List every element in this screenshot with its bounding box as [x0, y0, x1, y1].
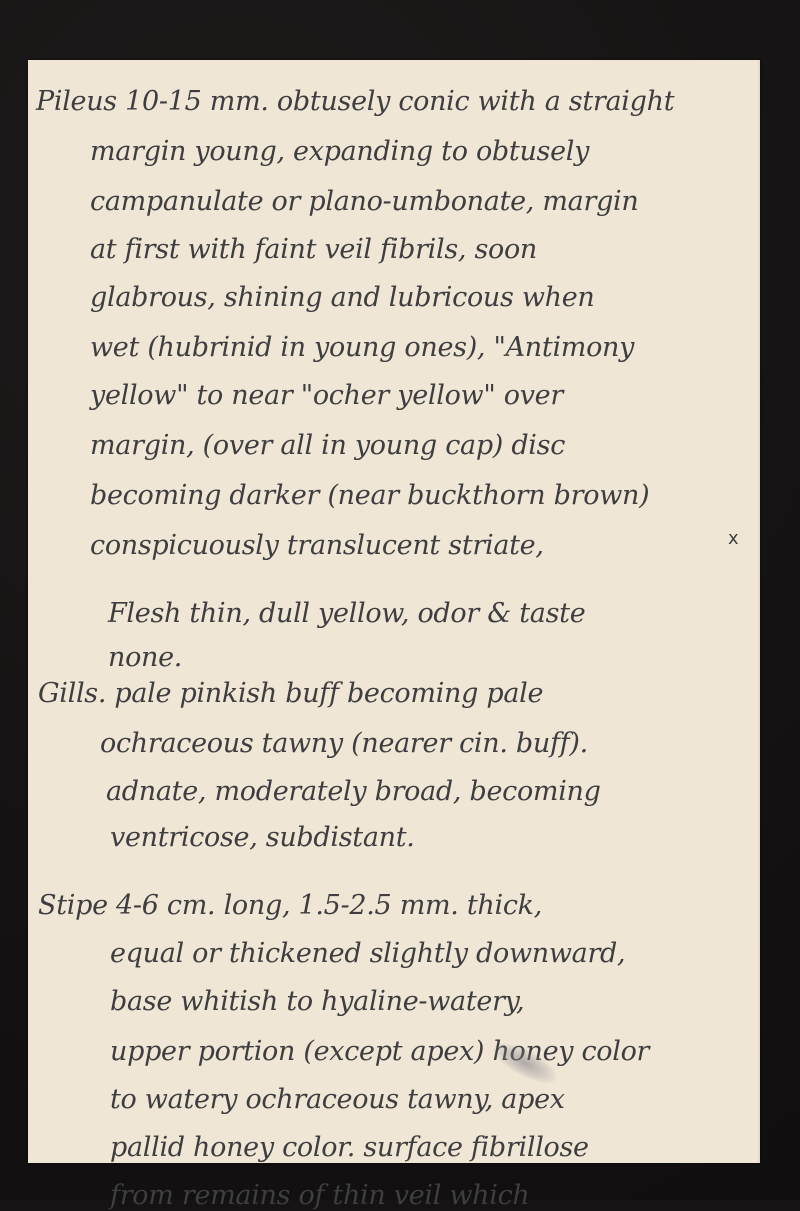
stipe-line-7: from remains of thin veil which: [110, 1182, 530, 1200]
stipe-line-1: Stipe 4-6 cm. long, 1.5-2.5 mm. thick,: [38, 892, 542, 919]
pileus-line-7: yellow" to near "ocher yellow" over: [90, 382, 563, 409]
pileus-line-2: margin young, expanding to obtusely: [90, 138, 589, 165]
pileus-line-1: Pileus 10-15 mm. obtusely conic with a s…: [36, 88, 674, 115]
stipe-line-2: equal or thickened slightly downward,: [110, 940, 625, 967]
gills-line-1: Gills. pale pinkish buff becoming pale: [38, 680, 543, 707]
gills-line-4: ventricose, subdistant.: [110, 824, 415, 851]
pileus-line-10: conspicuously translucent striate,: [90, 532, 544, 559]
gills-line-2: ochraceous tawny (nearer cin. buff).: [100, 730, 588, 757]
stipe-line-6: pallid honey color. surface fibrillose: [110, 1134, 589, 1161]
pileus-line-3: campanulate or plano-umbonate, margin: [90, 188, 638, 215]
margin-x-mark: x: [728, 528, 739, 549]
flesh-line-1: Flesh thin, dull yellow, odor & taste: [108, 600, 585, 627]
pileus-line-4: at first with faint veil fibrils, soon: [90, 236, 537, 263]
stipe-line-3: base whitish to hyaline-watery,: [110, 988, 524, 1015]
flesh-line-2: none.: [108, 644, 182, 671]
pileus-line-5: glabrous, shining and lubricous when: [90, 284, 595, 311]
pileus-line-6: wet (hubrinid in young ones), "Antimony: [90, 334, 634, 361]
gills-line-3: adnate, moderately broad, becoming: [106, 778, 601, 805]
stipe-line-5: to watery ochraceous tawny, apex: [110, 1086, 565, 1113]
pileus-line-9: becoming darker (near buckthorn brown): [90, 482, 649, 509]
index-card: Pileus 10-15 mm. obtusely conic with a s…: [28, 60, 760, 1163]
pileus-line-8: margin, (over all in young cap) disc: [90, 432, 565, 459]
stipe-line-4: upper portion (except apex) honey color: [110, 1038, 649, 1065]
